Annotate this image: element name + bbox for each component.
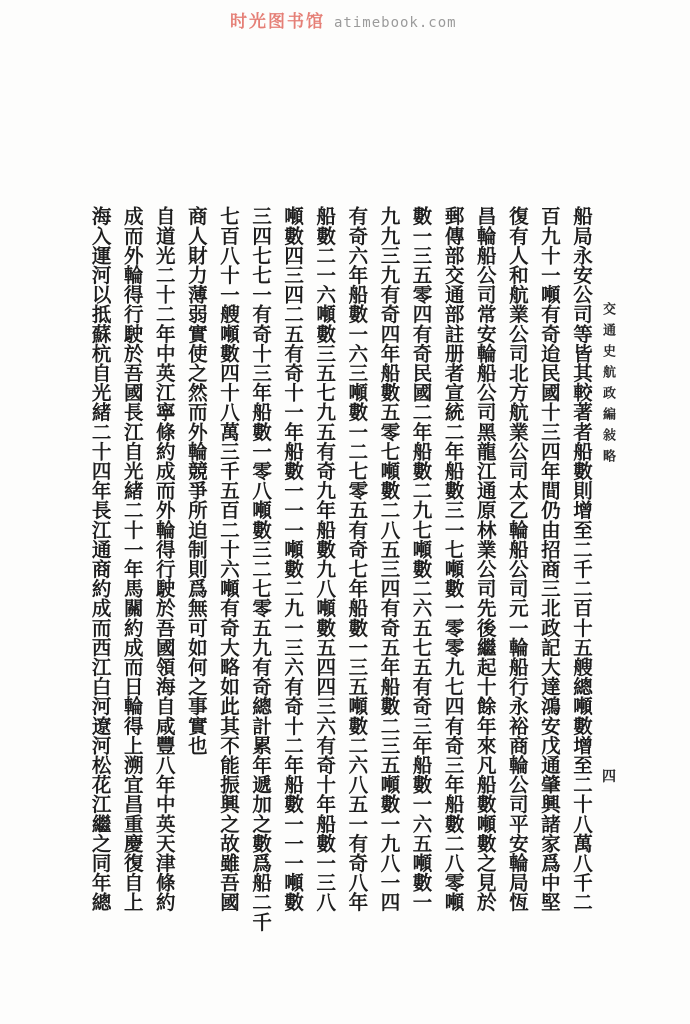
text-block: 船局永安公司等皆其較著者船數則增至二千二百十五艘總噸數增至二十八萬八千二 百九十… — [82, 206, 596, 932]
text-column: 郵傳部交通部註册者宣統二年船數三一七噸數一零零九七四有奇三年船數二八零噸 — [436, 206, 468, 932]
text-column: 九九三九有奇四年船數五零七噸數二八五三四有奇五年船數二三五噸數一九八一四 — [371, 206, 403, 932]
text-column: 有奇六年船數一六三噸數一二七零五有奇七年船數一三五噸數二六八五一有奇八年 — [339, 206, 371, 932]
text-column: 百九十一噸有奇迨民國十三四年間仍由招商三北政記大達鴻安戊通肇興諸家爲中堅 — [532, 206, 564, 932]
text-column: 成而外輪得行駛於吾國長江自光緒二十一年馬關約成而日輪得上溯宜昌重慶復自上 — [115, 206, 147, 932]
book-margin-title: 交通史航政編敍略 — [599, 302, 618, 470]
text-column: 七百八十一艘噸數四十八萬三千五百二十六噸有奇大略如此其不能振興之故雖吾國 — [211, 206, 243, 932]
watermark-site-name: 时光图书馆 — [230, 7, 325, 32]
text-column: 海入運河以抵蘇杭自光緒二十四年長江通商約成而西江白河遼河松花江繼之同年總 — [83, 206, 115, 932]
watermark-site-url: atimebook.com — [334, 15, 457, 31]
text-column: 商人財力薄弱實使之然而外輪競爭所迫制則爲無可如何之事實也 — [179, 206, 211, 932]
text-column: 昌輪船公司常安輪船公司黑龍江通原林業公司先後繼起十餘年來凡船數噸數之見於 — [468, 206, 500, 932]
text-column: 船數二一六噸數三五七九五有奇九年船數九八噸數五四四三六有奇十年船數一三八 — [307, 206, 339, 932]
watermark: 时光图书馆 atimebook.com — [230, 7, 457, 32]
text-column: 自道光二十二年中英江寧條約成而外輪得行駛於吾國領海自咸豐八年中英天津條約 — [147, 206, 179, 932]
page-number: 四 — [602, 766, 616, 786]
text-column: 船局永安公司等皆其較著者船數則增至二千二百十五艘總噸數增至二十八萬八千二 — [564, 206, 596, 932]
text-column: 噸數四三四二五有奇十一年船數一一一噸數二九一三六有奇十二年船數一一一噸數 — [275, 206, 307, 932]
text-column: 數一三五零四有奇民國二年船數二九七噸數二六五七五有奇三年船數一六五噸數一 — [403, 206, 435, 932]
text-column: 三四七七一有奇十三年船數一零八噸數三二七零五九有奇總計累年遞加之數爲船二千 — [243, 206, 275, 932]
book-page: 时光图书馆 atimebook.com 交通史航政編敍略 四 船局永安公司等皆其… — [0, 0, 690, 1024]
text-column: 復有人和航業公司北方航業公司太乙輪船公司元一輪船行永裕商輪公司平安輪局恆 — [500, 206, 532, 932]
